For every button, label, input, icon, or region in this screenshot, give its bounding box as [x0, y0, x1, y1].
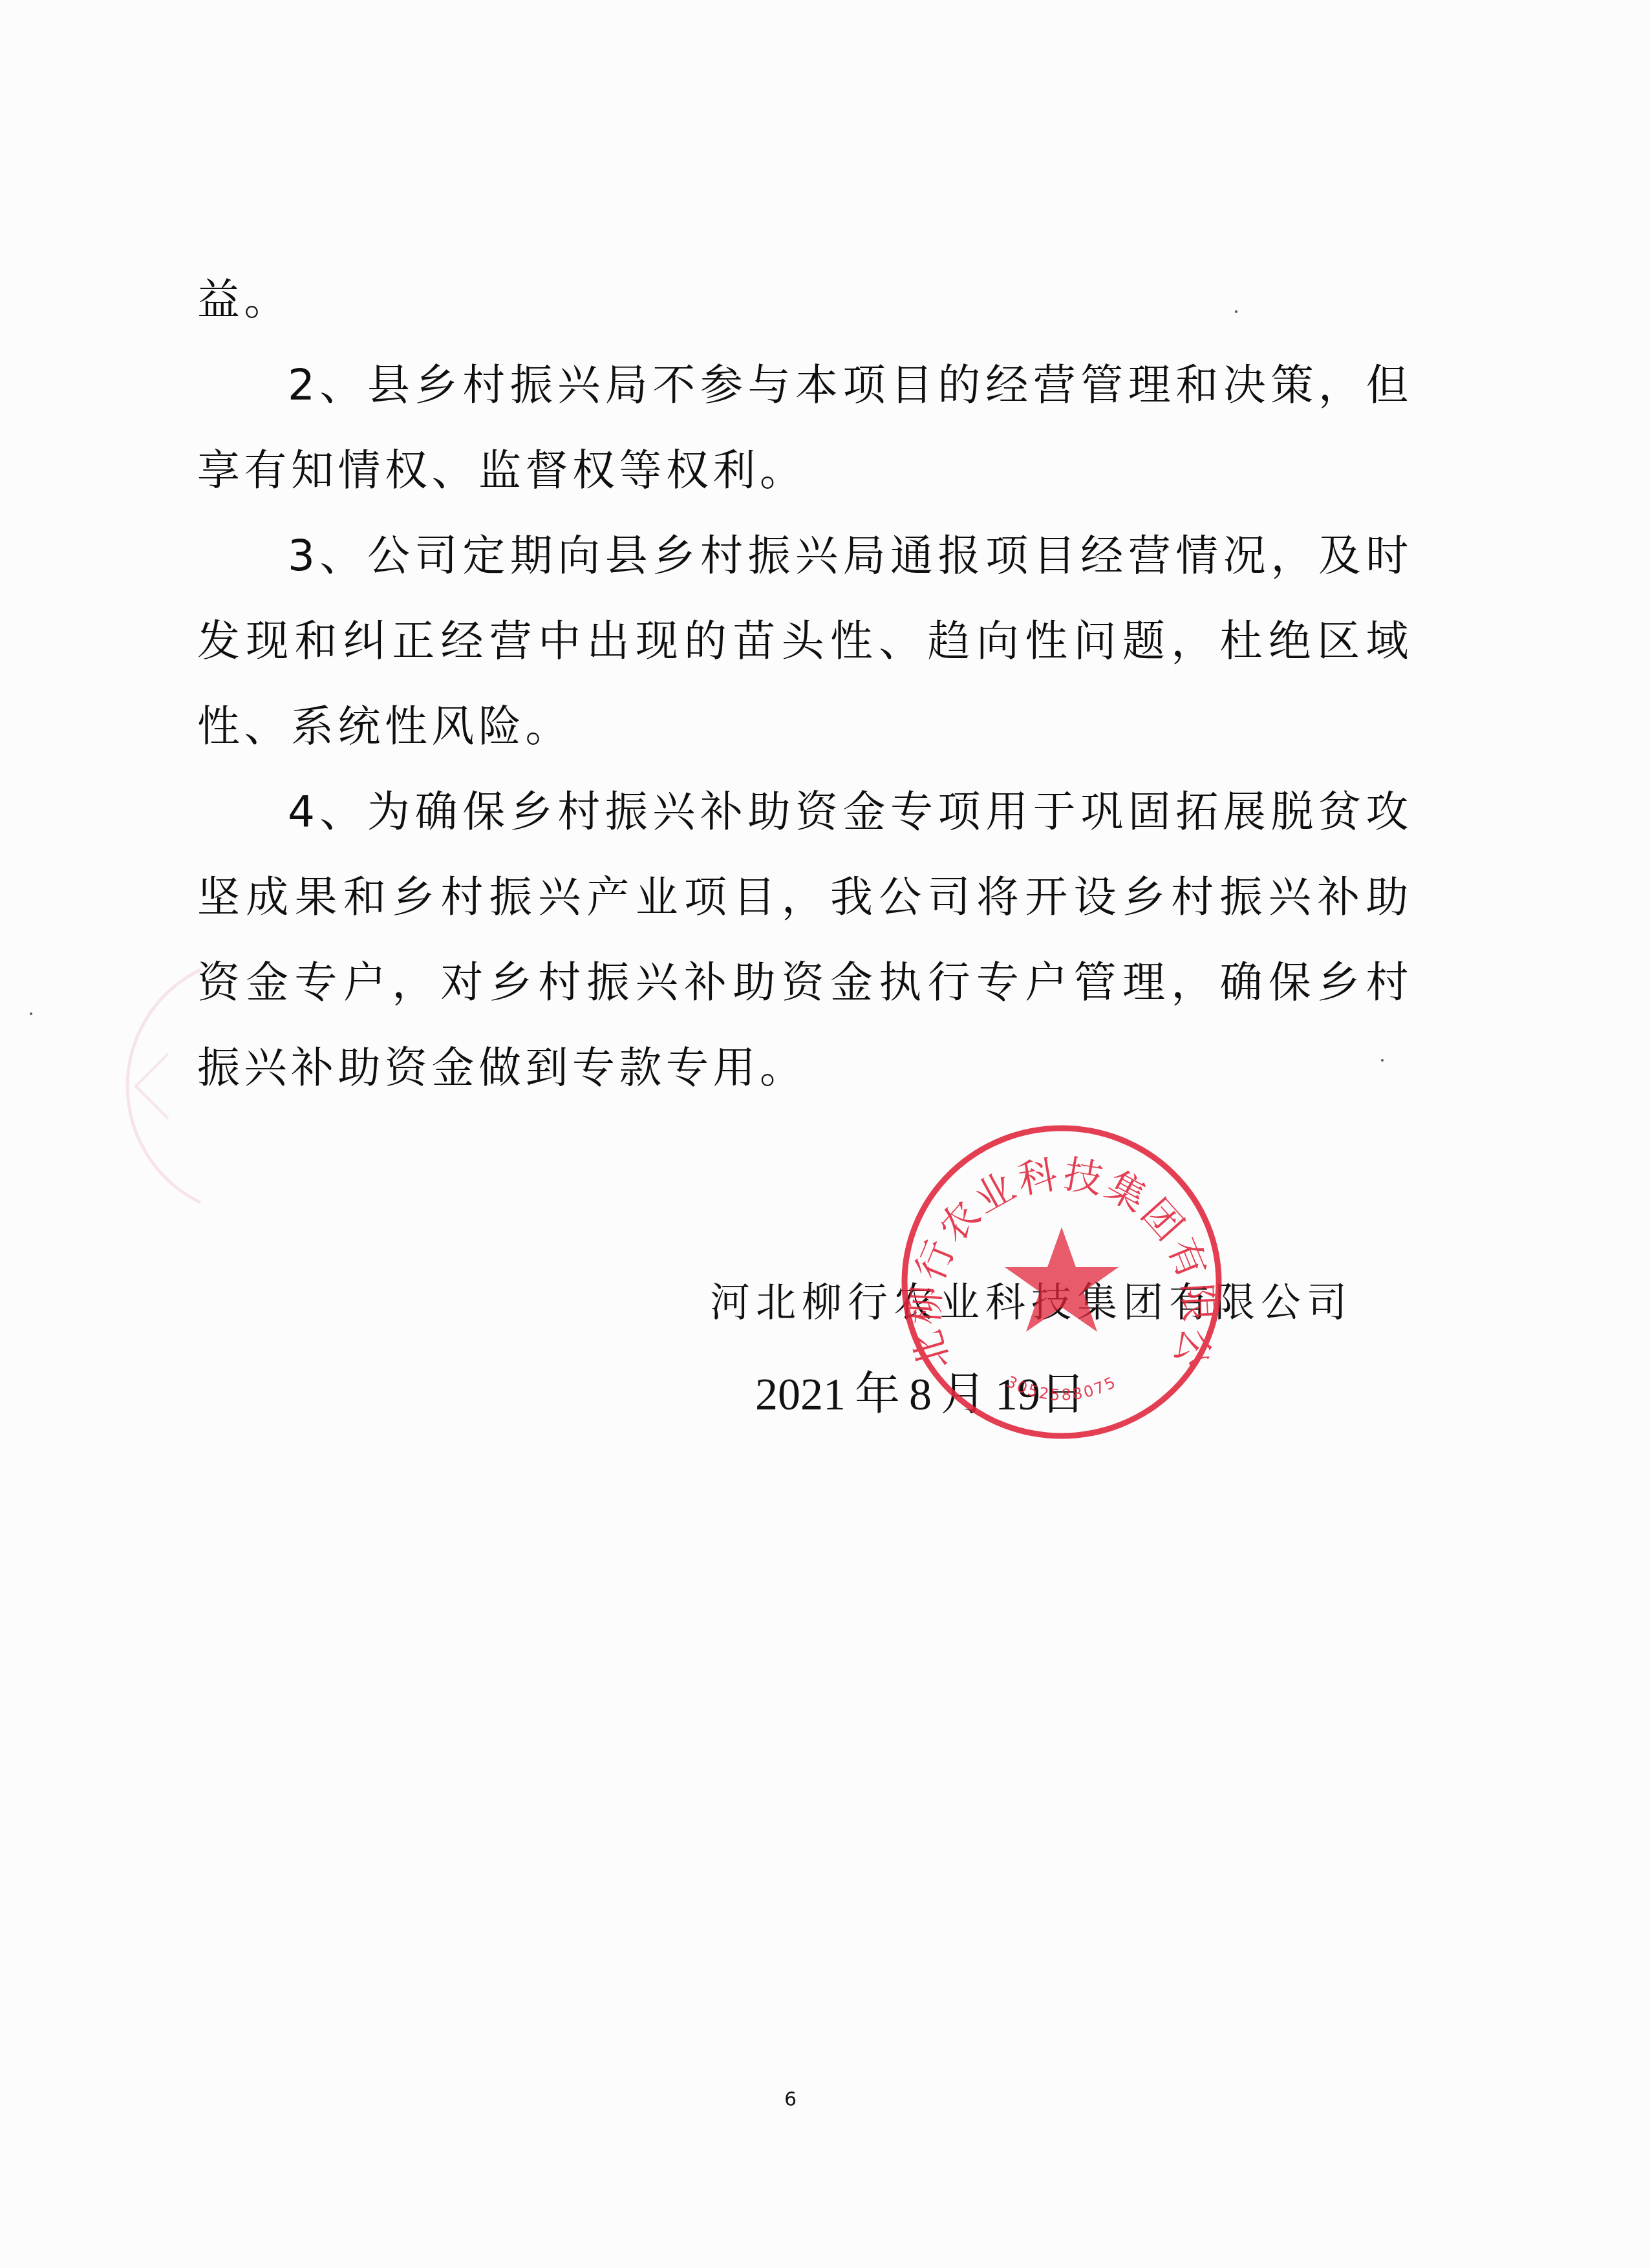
- date-day-unit: 日: [1040, 1358, 1086, 1423]
- document-page: 益。 2、县乡村振兴局不参与本项目的经营管理和决策，但享有知情权、监督权等权利。…: [0, 0, 1650, 2268]
- date-month-unit: 月: [941, 1358, 986, 1423]
- date-year-unit: 年: [855, 1358, 900, 1423]
- ghost-seal-icon: [39, 957, 207, 1215]
- signature-company: 河北柳行农业科技集团有限公司: [710, 1270, 1353, 1328]
- paragraph-continuation: 益。: [197, 257, 1413, 343]
- signature-date: 2021年8月19日: [755, 1358, 1086, 1423]
- scan-speck: [1235, 310, 1237, 313]
- date-year: 2021: [755, 1369, 846, 1421]
- date-month: 8: [909, 1369, 932, 1421]
- svg-text:河北柳行农业科技集团有限公司: 河北柳行农业科技集团有限公司: [900, 1124, 1221, 1375]
- paragraph-item-4: 4、为确保乡村振兴补助资金专项用于巩固拓展脱贫攻坚成果和乡村振兴产业项目，我公司…: [197, 769, 1413, 1111]
- date-day: 19: [995, 1369, 1040, 1421]
- paragraph-item-2: 2、县乡村振兴局不参与本项目的经营管理和决策，但享有知情权、监督权等权利。: [197, 343, 1413, 513]
- paragraph-item-3: 3、公司定期向县乡村振兴局通报项目经营情况，及时发现和纠正经营中出现的苗头性、趋…: [197, 513, 1413, 769]
- seal-text: 河北柳行农业科技集团有限公司: [900, 1124, 1221, 1375]
- scan-speck: [30, 1012, 32, 1015]
- document-body: 益。 2、县乡村振兴局不参与本项目的经营管理和决策，但享有知情权、监督权等权利。…: [197, 257, 1413, 1111]
- page-number: 6: [784, 2088, 797, 2111]
- scan-speck: [1381, 1059, 1384, 1062]
